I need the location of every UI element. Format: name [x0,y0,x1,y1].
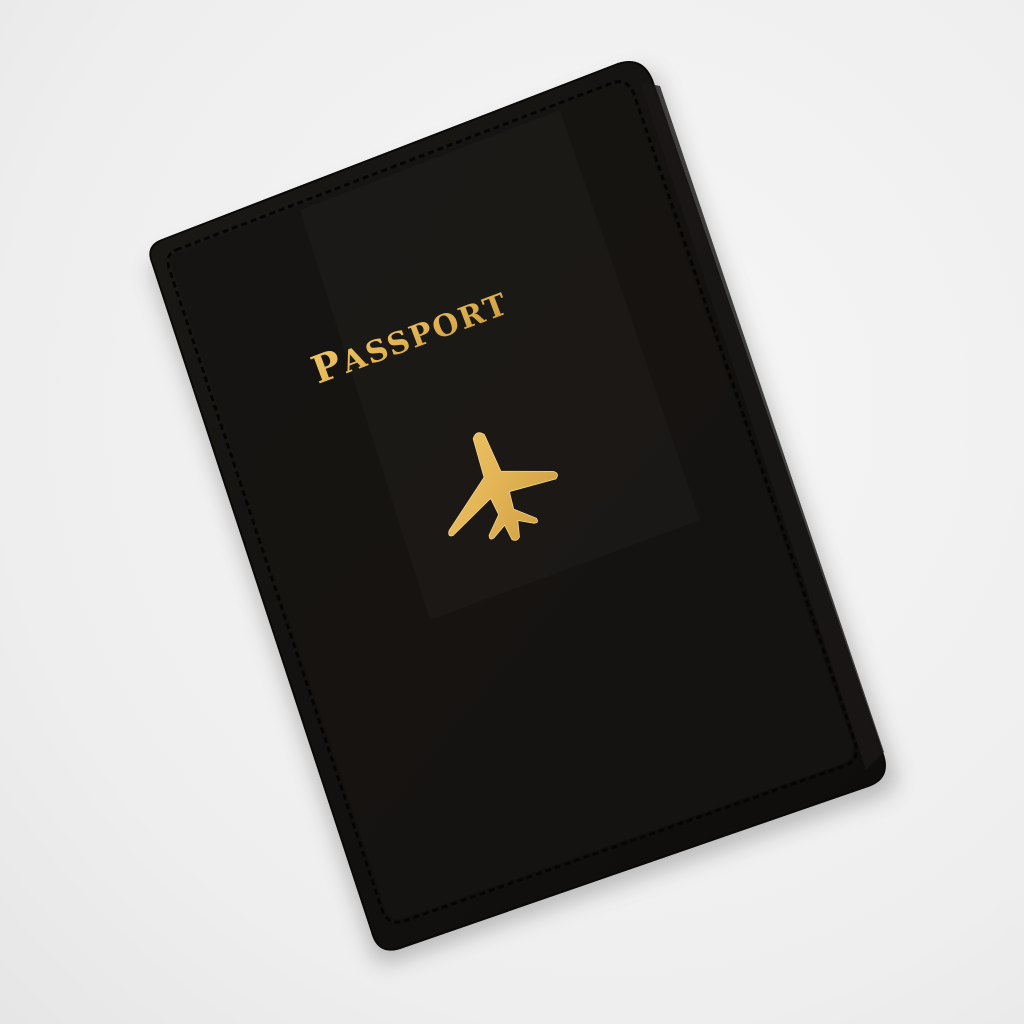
product-photo: PASSPORT [0,0,1024,1024]
